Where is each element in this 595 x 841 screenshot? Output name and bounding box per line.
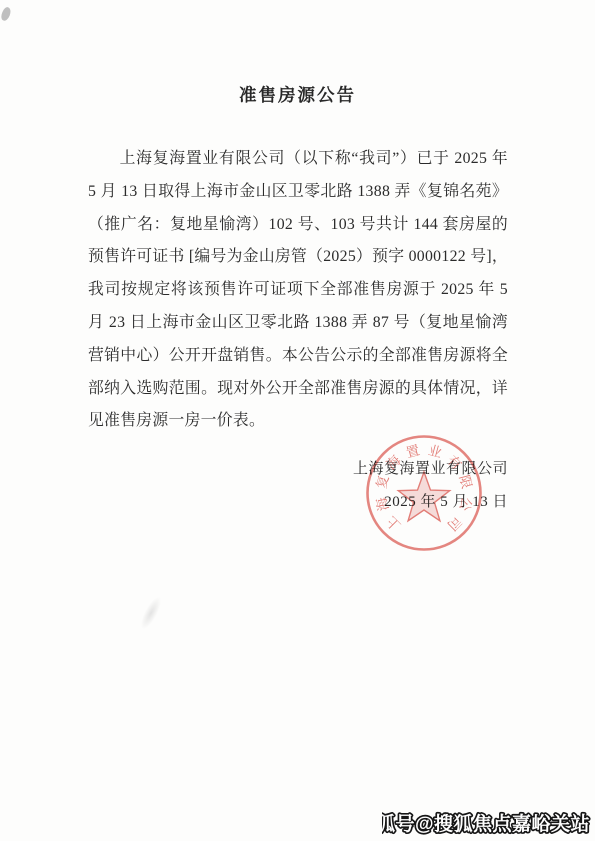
seal-text-char: 公 — [456, 496, 474, 513]
company-seal-stamp: 上海复海置业有限公司 — [364, 433, 484, 553]
seal-text-char: 上 — [384, 513, 404, 533]
watermark-sohu: 搜狐号@搜狐焦点嘉峪关站 — [382, 805, 594, 839]
document-page: 准售房源公告 上海复海置业有限公司（以下称“我司”）已于 2025 年 5 月 … — [0, 0, 595, 841]
seal-text-char: 司 — [444, 513, 464, 533]
scan-artifact-speck — [137, 594, 164, 631]
seal-text-char: 置 — [404, 443, 421, 461]
seal-text-char: 有 — [444, 453, 464, 473]
watermark-text: 搜狐号@搜狐焦点嘉峪关站 — [382, 812, 590, 835]
seal-text-char: 海 — [373, 495, 391, 512]
seal-text-char: 业 — [427, 443, 444, 461]
seal-text-char: 限 — [457, 473, 475, 490]
scan-artifact-top-left — [0, 6, 12, 22]
seal-text-char: 复 — [374, 473, 392, 490]
announcement-body: 上海复海置业有限公司（以下称“我司”）已于 2025 年 5 月 13 日取得上… — [88, 143, 508, 438]
seal-text-char: 海 — [384, 452, 405, 473]
announcement-title: 准售房源公告 — [0, 82, 595, 107]
seal-star-icon — [398, 472, 449, 521]
